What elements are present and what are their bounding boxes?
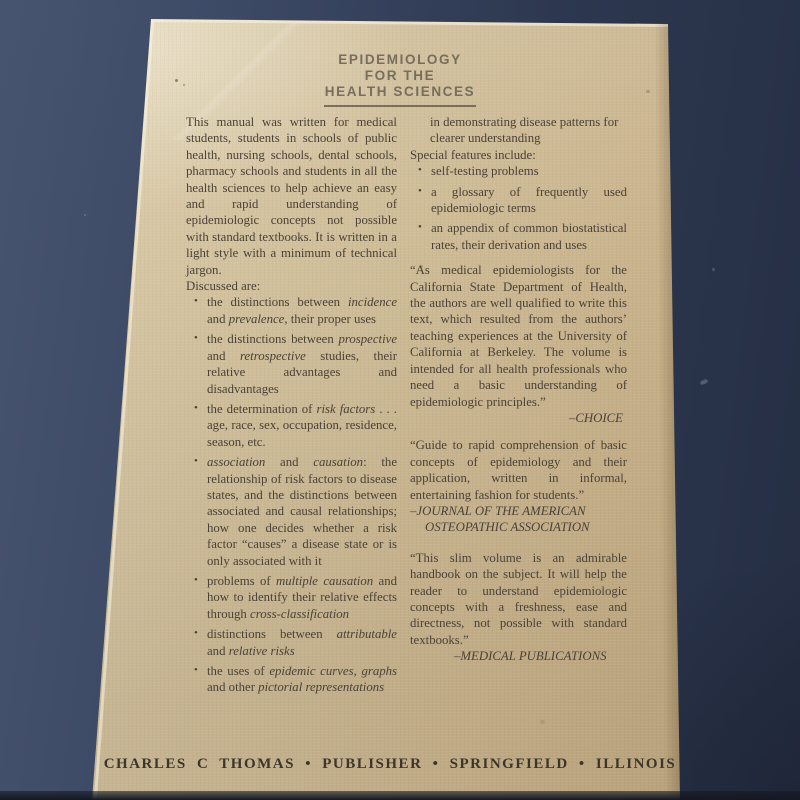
bullet-marker: •: [194, 330, 198, 346]
quote-attribution: –MEDICAL PUBLICATIONS: [410, 648, 627, 664]
discussed-list: •the distinctions between incidence and …: [186, 294, 397, 695]
review-quote-medical-publications: “This slim volume is an admirable handbo…: [410, 550, 627, 665]
bullet-marker: •: [418, 162, 422, 178]
photo-scene: EPIDEMIOLOGY FOR THE HEALTH SCIENCES Thi…: [0, 0, 800, 800]
discussed-label: Discussed are:: [186, 278, 397, 294]
title-line: HEALTH SCIENCES: [180, 84, 620, 100]
title-line: EPIDEMIOLOGY: [180, 52, 620, 68]
features-list: •self-testing problems •a glossary of fr…: [410, 163, 627, 253]
list-item-text: the uses of epidemic curves, graphs and …: [207, 664, 397, 694]
bullet-marker: •: [194, 400, 198, 416]
quote-text: “As medical epidemiologists for the Cali…: [410, 262, 627, 410]
continuation-text: in demonstrating disease patterns for cl…: [410, 114, 627, 147]
table-edge-shadow: [0, 791, 800, 800]
list-item: •the distinctions between incidence and …: [186, 294, 397, 327]
left-text-column: This manual was written for medical stud…: [186, 114, 397, 700]
bullet-marker: •: [194, 662, 198, 678]
list-item: •a glossary of frequently used epidemiol…: [410, 184, 627, 217]
list-item-text: the determination of risk factors . . . …: [207, 402, 397, 449]
title-underline-rule: [324, 105, 476, 107]
list-item: •distinctions between attributable and r…: [186, 626, 397, 659]
review-quote-joaa: “Guide to rapid comprehension of basic c…: [410, 437, 627, 535]
bullet-marker: •: [418, 219, 422, 235]
features-label: Special features include:: [410, 147, 627, 163]
bullet-marker: •: [194, 625, 198, 641]
cover-content: EPIDEMIOLOGY FOR THE HEALTH SCIENCES Thi…: [0, 0, 800, 800]
publisher-line: CHARLES C THOMAS • PUBLISHER • SPRINGFIE…: [90, 756, 690, 773]
quote-attribution: –CHOICE: [410, 410, 627, 426]
review-quote-choice: “As medical epidemiologists for the Cali…: [410, 262, 627, 426]
right-text-column: in demonstrating disease patterns for cl…: [410, 114, 627, 665]
list-item-text: the distinctions between incidence and p…: [207, 295, 397, 325]
list-item-text: the distinctions between prospective and…: [207, 332, 397, 395]
list-item: •association and causation: the relation…: [186, 454, 397, 569]
list-item: •self-testing problems: [410, 163, 627, 179]
bullet-marker: •: [194, 293, 198, 309]
list-item: •the uses of epidemic curves, graphs and…: [186, 663, 397, 696]
intro-paragraph: This manual was written for medical stud…: [186, 114, 397, 278]
bullet-marker: •: [418, 183, 422, 199]
bullet-marker: •: [194, 572, 198, 588]
list-item: •problems of multiple causation and how …: [186, 573, 397, 622]
quote-text: “This slim volume is an admirable handbo…: [410, 550, 627, 648]
title-line: FOR THE: [180, 68, 620, 84]
list-item: •the distinctions between prospective an…: [186, 331, 397, 397]
list-item: •an appendix of common biostatistical ra…: [410, 220, 627, 253]
bullet-marker: •: [194, 453, 198, 469]
list-item-text: association and causation: the relations…: [207, 455, 397, 567]
quote-attribution: –JOURNAL OF THE AMERICAN OSTEOPATHIC ASS…: [410, 503, 627, 536]
list-item-text: an appendix of common biostatistical rat…: [431, 221, 627, 251]
list-item-text: distinctions between attributable and re…: [207, 627, 397, 657]
quote-text: “Guide to rapid comprehension of basic c…: [410, 437, 627, 503]
list-item: •the determination of risk factors . . .…: [186, 401, 397, 450]
list-item-text: a glossary of frequently used epidemiolo…: [431, 185, 627, 215]
book-title: EPIDEMIOLOGY FOR THE HEALTH SCIENCES: [180, 52, 620, 107]
list-item-text: problems of multiple causation and how t…: [207, 574, 397, 621]
list-item-text: self-testing problems: [431, 164, 539, 178]
